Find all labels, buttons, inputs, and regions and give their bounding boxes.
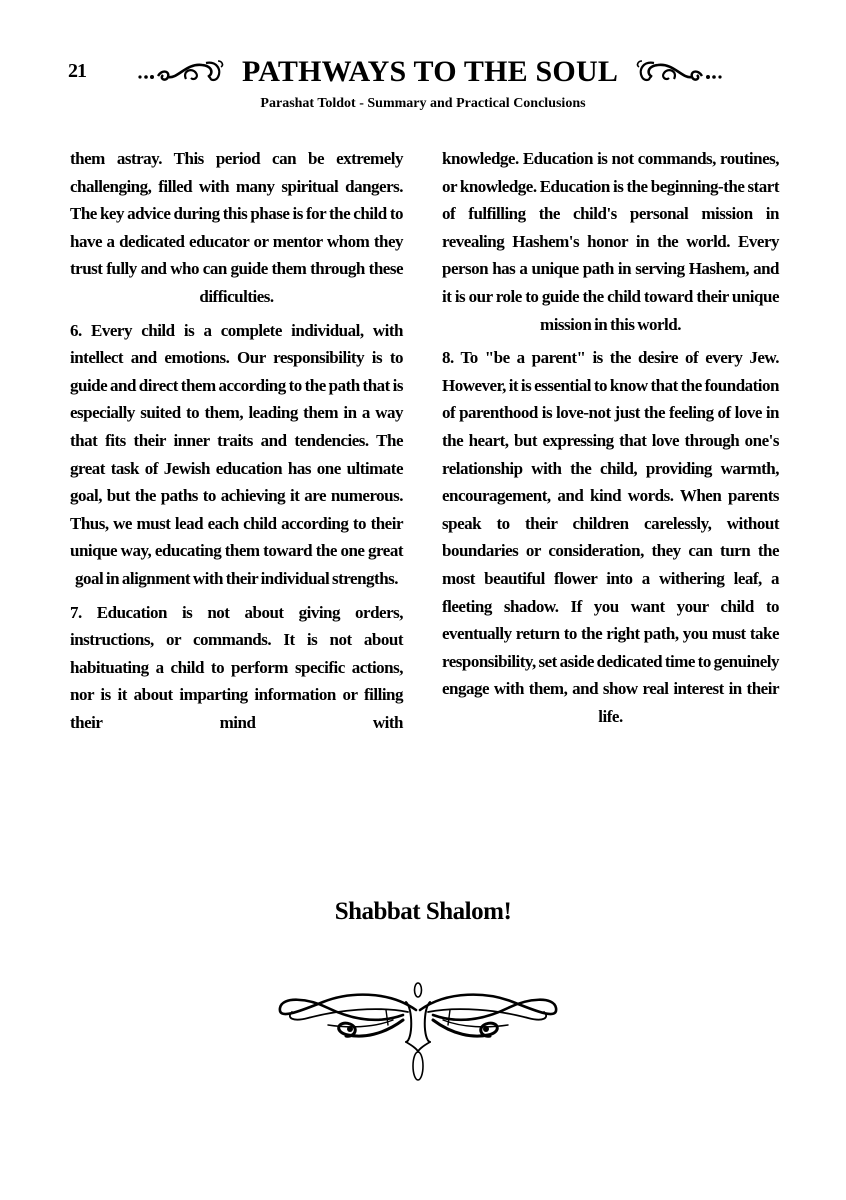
paragraph-6: 6. Every child is a complete individual,… (70, 317, 403, 593)
section-subtitle: Parashat Toldot - Summary and Practical … (0, 96, 846, 112)
page-number: 21 (68, 60, 86, 83)
paragraph-8: 8. To "be a parent" is the desire of eve… (442, 344, 779, 730)
running-header: PATHWAYS TO THE SOUL (125, 50, 735, 94)
scroll-flourish-right-icon (624, 57, 724, 87)
paragraph-7: 7. Education is not about giving orders,… (70, 599, 403, 737)
right-column: knowledge. Education is not commands, ro… (442, 145, 779, 736)
calligraphic-flourish-divider-icon (268, 980, 568, 1085)
paragraph-continued: them astray. This period can be extremel… (70, 145, 403, 311)
paragraph-7-continued: knowledge. Education is not commands, ro… (442, 145, 779, 338)
scroll-flourish-left-icon (136, 57, 236, 87)
closing-greeting: Shabbat Shalom! (0, 898, 846, 926)
publication-title: PATHWAYS TO THE SOUL (242, 55, 618, 89)
left-column: them astray. This period can be extremel… (70, 145, 403, 742)
